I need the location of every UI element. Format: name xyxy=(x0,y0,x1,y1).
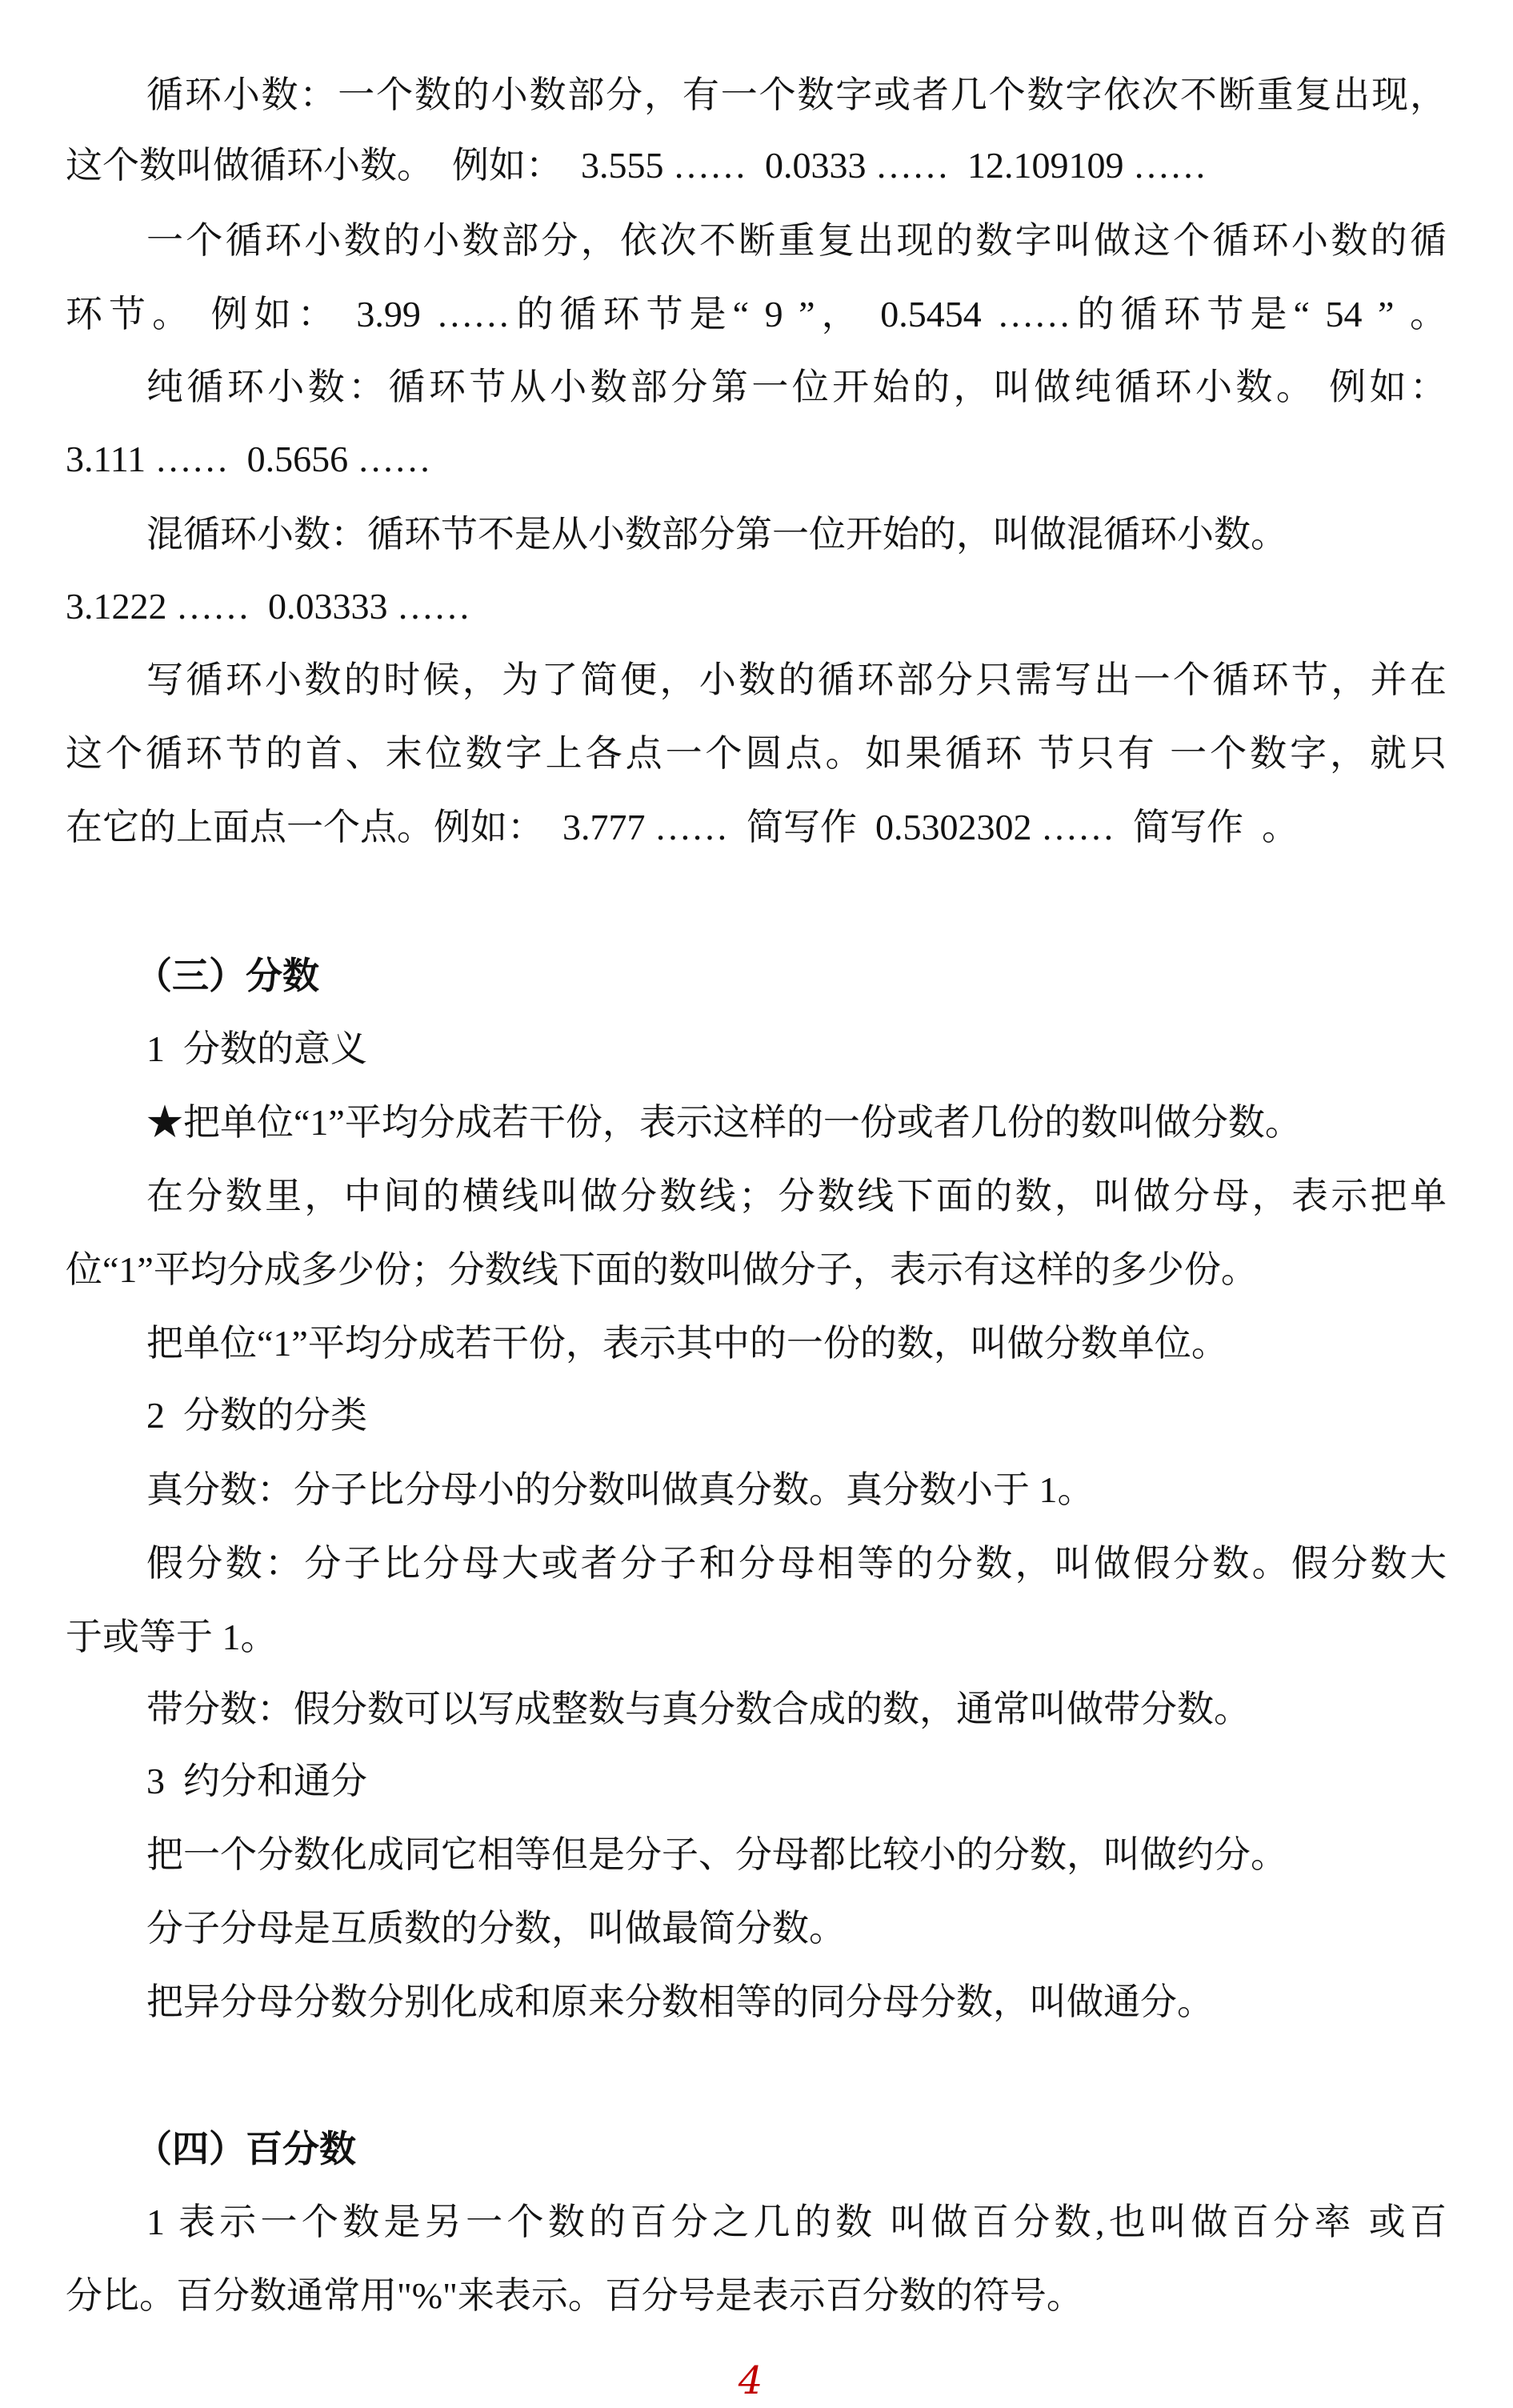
paragraph-line: 这个循环节的首、末位数字上各点一个圆点。如果循环 节只有 一个数字，就只 xyxy=(66,730,1447,778)
document-page: 循环小数：一个数的小数部分，有一个数字或者几个数字依次不断重复出现， 这个数叫做… xyxy=(0,0,1513,2408)
section-heading-fractions: （三）分数 xyxy=(146,952,319,1000)
paragraph-line: 这个数叫做循环小数。 例如： 3.555 …… 0.0333 …… 12.109… xyxy=(66,142,1207,190)
paragraph-line: 一个循环小数的小数部分，依次不断重复出现的数字叫做这个循环小数的循 xyxy=(146,217,1447,265)
paragraph-line: 把单位“1”平均分成若干份，表示其中的一份的数，叫做分数单位。 xyxy=(146,1320,1228,1368)
paragraph-line: 混循环小数：循环节不是从小数部分第一位开始的，叫做混循环小数。 xyxy=(146,511,1287,559)
paragraph-line: 把异分母分数分别化成和原来分数相等的同分母分数，叫做通分。 xyxy=(146,1978,1214,2026)
paragraph-line: 在分数里，中间的横线叫做分数线；分数线下面的数，叫做分母，表示把单 xyxy=(146,1172,1447,1220)
subsection-title: 3 约分和通分 xyxy=(146,1757,367,1805)
paragraph-line: 纯循环小数：循环节从小数部分第一位开始的，叫做纯循环小数。 例如： xyxy=(146,363,1447,411)
paragraph-line: 分比。百分数通常用"%"来表示。百分号是表示百分数的符号。 xyxy=(66,2272,1083,2320)
paragraph-line: 真分数：分子比分母小的分数叫做真分数。真分数小于 1。 xyxy=(146,1466,1095,1514)
paragraph-line: ★把单位“1”平均分成若干份，表示这样的一份或者几份的数叫做分数。 xyxy=(146,1099,1302,1147)
paragraph-line: 假分数：分子比分母大或者分子和分母相等的分数，叫做假分数。假分数大 xyxy=(146,1540,1447,1588)
paragraph-line: 环节。 例如： 3.99 ……的循环节是“ 9 ”， 0.5454 ……的循环节… xyxy=(66,290,1447,339)
paragraph-line: 分子分母是互质数的分数，叫做最简分数。 xyxy=(146,1905,846,1953)
section-heading-percent: （四）百分数 xyxy=(146,2125,356,2173)
section-heading-text: （四）百分数 xyxy=(135,2127,356,2170)
paragraph-line: 1 表示一个数是另一个数的百分之几的数 叫做百分数,也叫做百分率 或百 xyxy=(146,2198,1447,2246)
paragraph-line: 位“1”平均分成多少份；分数线下面的数叫做分子，表示有这样的多少份。 xyxy=(66,1246,1258,1294)
subsection-title: 1 分数的意义 xyxy=(146,1025,367,1073)
section-heading-text: （三）分数 xyxy=(135,954,319,997)
paragraph-line: 3.1222 …… 0.03333 …… xyxy=(66,583,470,631)
paragraph-line: 把一个分数化成同它相等但是分子、分母都比较小的分数，叫做约分。 xyxy=(146,1831,1287,1879)
paragraph-line: 3.111 …… 0.5656 …… xyxy=(66,435,431,483)
paragraph-line: 在它的上面点一个点。例如： 3.777 …… 简写作 0.5302302 …… … xyxy=(66,803,1299,851)
page-number: 4 xyxy=(734,2357,767,2405)
paragraph-line: 写循环小数的时候，为了简便，小数的循环部分只需写出一个循环节，并在 xyxy=(146,656,1447,704)
paragraph-line: 循环小数：一个数的小数部分，有一个数字或者几个数字依次不断重复出现， xyxy=(146,71,1447,119)
subsection-title: 2 分数的分类 xyxy=(146,1392,367,1440)
paragraph-line: 带分数：假分数可以写成整数与真分数合成的数，通常叫做带分数。 xyxy=(146,1685,1251,1733)
paragraph-line: 于或等于 1。 xyxy=(66,1613,278,1661)
